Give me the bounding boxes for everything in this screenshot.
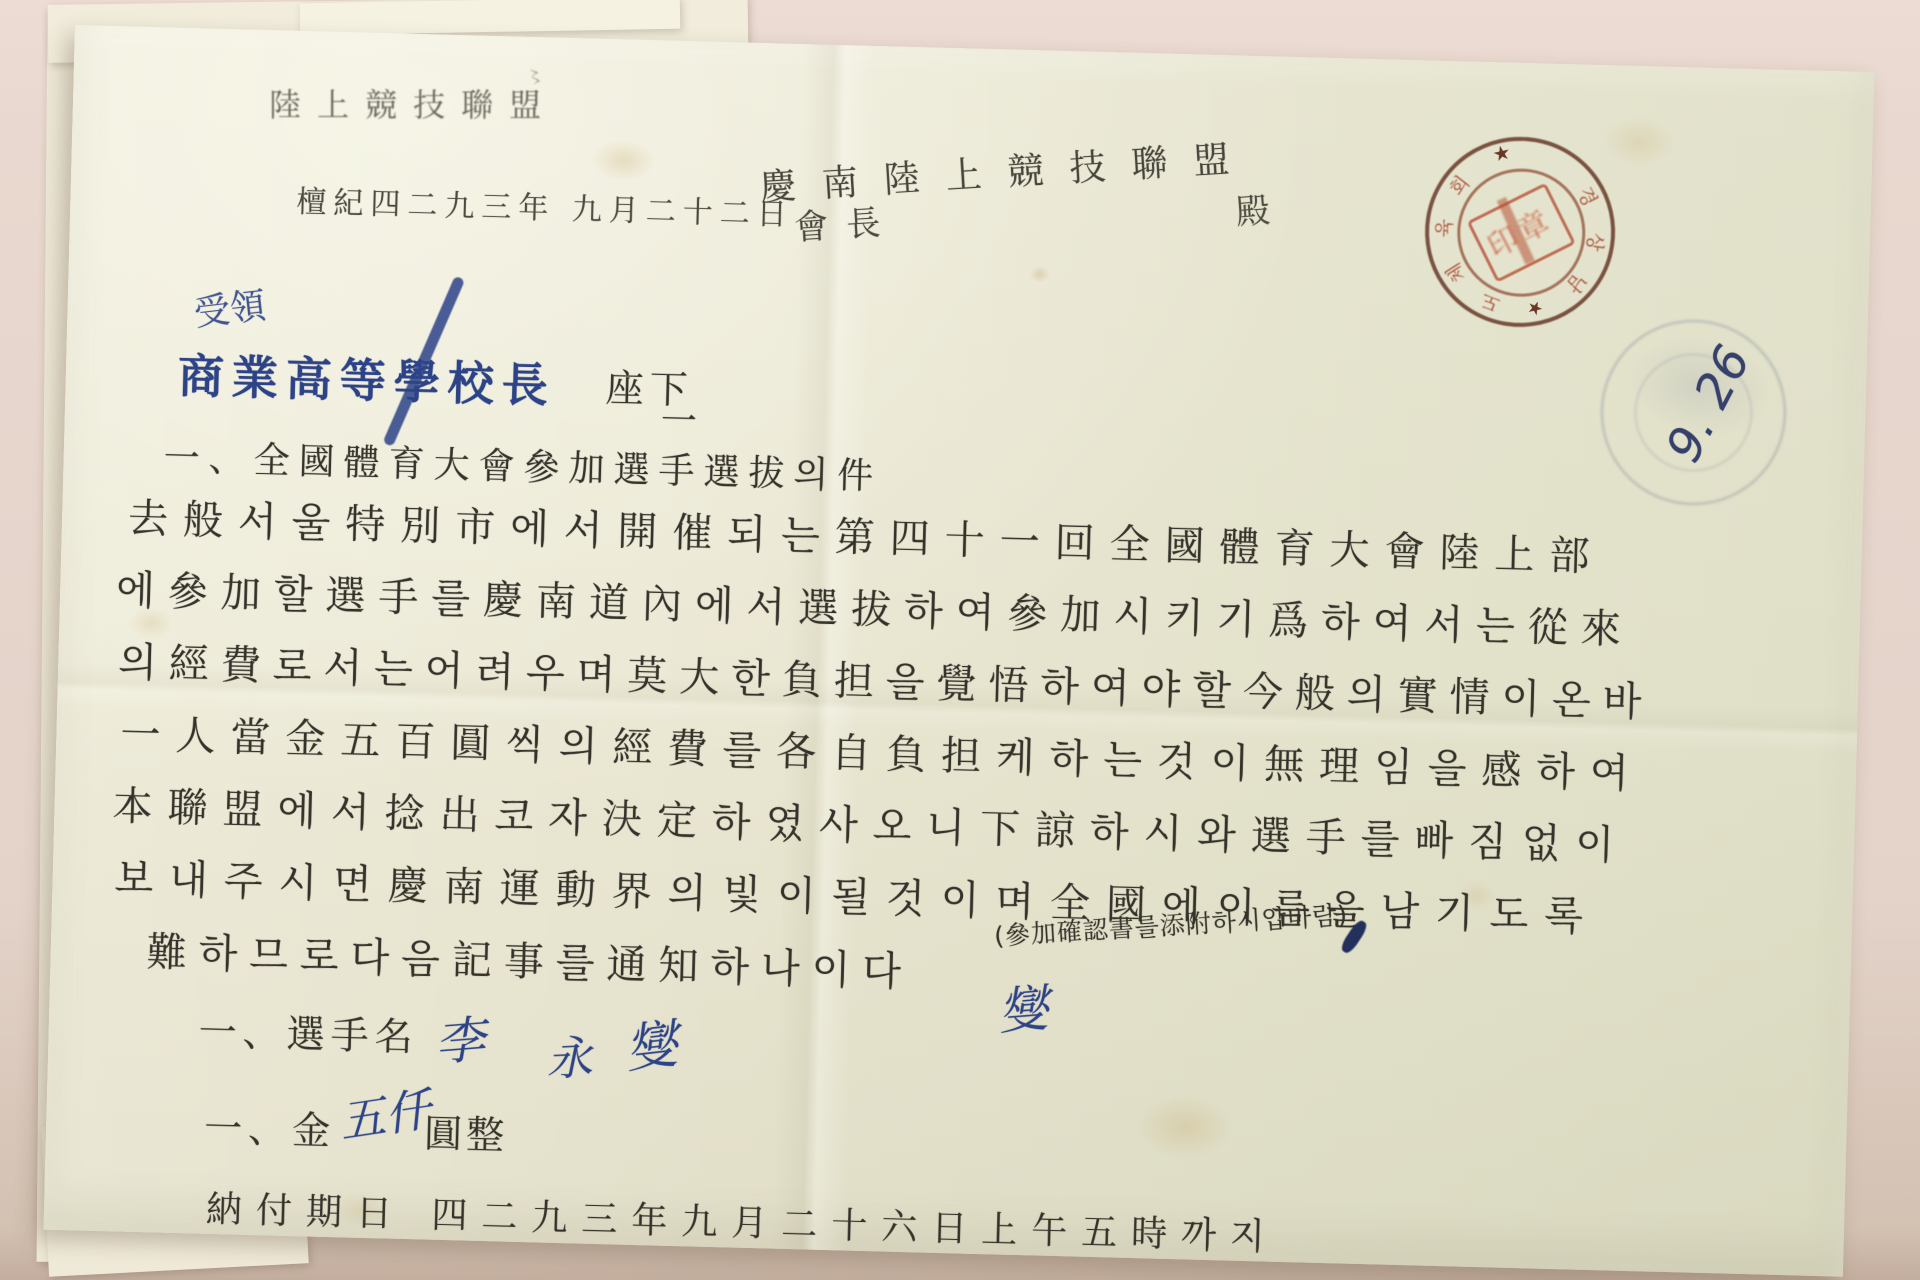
list-item1-label: 一、選手名 bbox=[198, 1001, 419, 1062]
document-paper: 陸上競技聯盟 〻 檀紀四二九三年 九月二十二日 慶南陸上競技聯盟 會長 殿 ★ … bbox=[43, 25, 1874, 1277]
amount-blue-correction: 五仟 bbox=[334, 1073, 435, 1152]
athlete-name-char: 李 bbox=[432, 1000, 487, 1076]
signature-flourish: 燮 bbox=[995, 968, 1050, 1044]
paper-stain bbox=[1029, 265, 1051, 284]
athlete-name-char: 永 bbox=[545, 1021, 594, 1089]
faint-header-tick: 〻 bbox=[524, 62, 546, 90]
seal-ring-char: 상 bbox=[1584, 231, 1606, 253]
list-item2-label: 一、金 bbox=[204, 1097, 337, 1155]
date-line: 檀紀四二九三年 九月二十二日 bbox=[296, 177, 795, 234]
amount-suffix: 圓整 bbox=[423, 1103, 508, 1160]
faint-header-line: 陸上競技聯盟 bbox=[269, 80, 557, 126]
athlete-name-char: 燮 bbox=[620, 1002, 680, 1082]
paper-stain bbox=[1136, 1093, 1234, 1159]
recipient-title: 會長 bbox=[793, 194, 900, 249]
paper-stain bbox=[1602, 115, 1677, 169]
photo-of-document: 陸上競技聯盟 〻 檀紀四二九三年 九月二十二日 慶南陸上競技聯盟 會長 殿 ★ … bbox=[0, 0, 1920, 1280]
addressee-dash: 一 bbox=[660, 392, 697, 444]
subject-line: 一、全國體育大會參加選手選拔의件 bbox=[163, 429, 883, 499]
paper-stain bbox=[591, 139, 656, 183]
addressee-school-line: 商業高等學校長 bbox=[177, 340, 557, 416]
recipient-honorific: 殿 bbox=[1234, 183, 1272, 235]
official-red-seal: ★ ★ 경 상 남 도 체 육 회 印章 bbox=[1407, 119, 1634, 346]
seal-ring-char: 육 bbox=[1434, 218, 1455, 239]
received-note: 受領 bbox=[191, 277, 268, 336]
